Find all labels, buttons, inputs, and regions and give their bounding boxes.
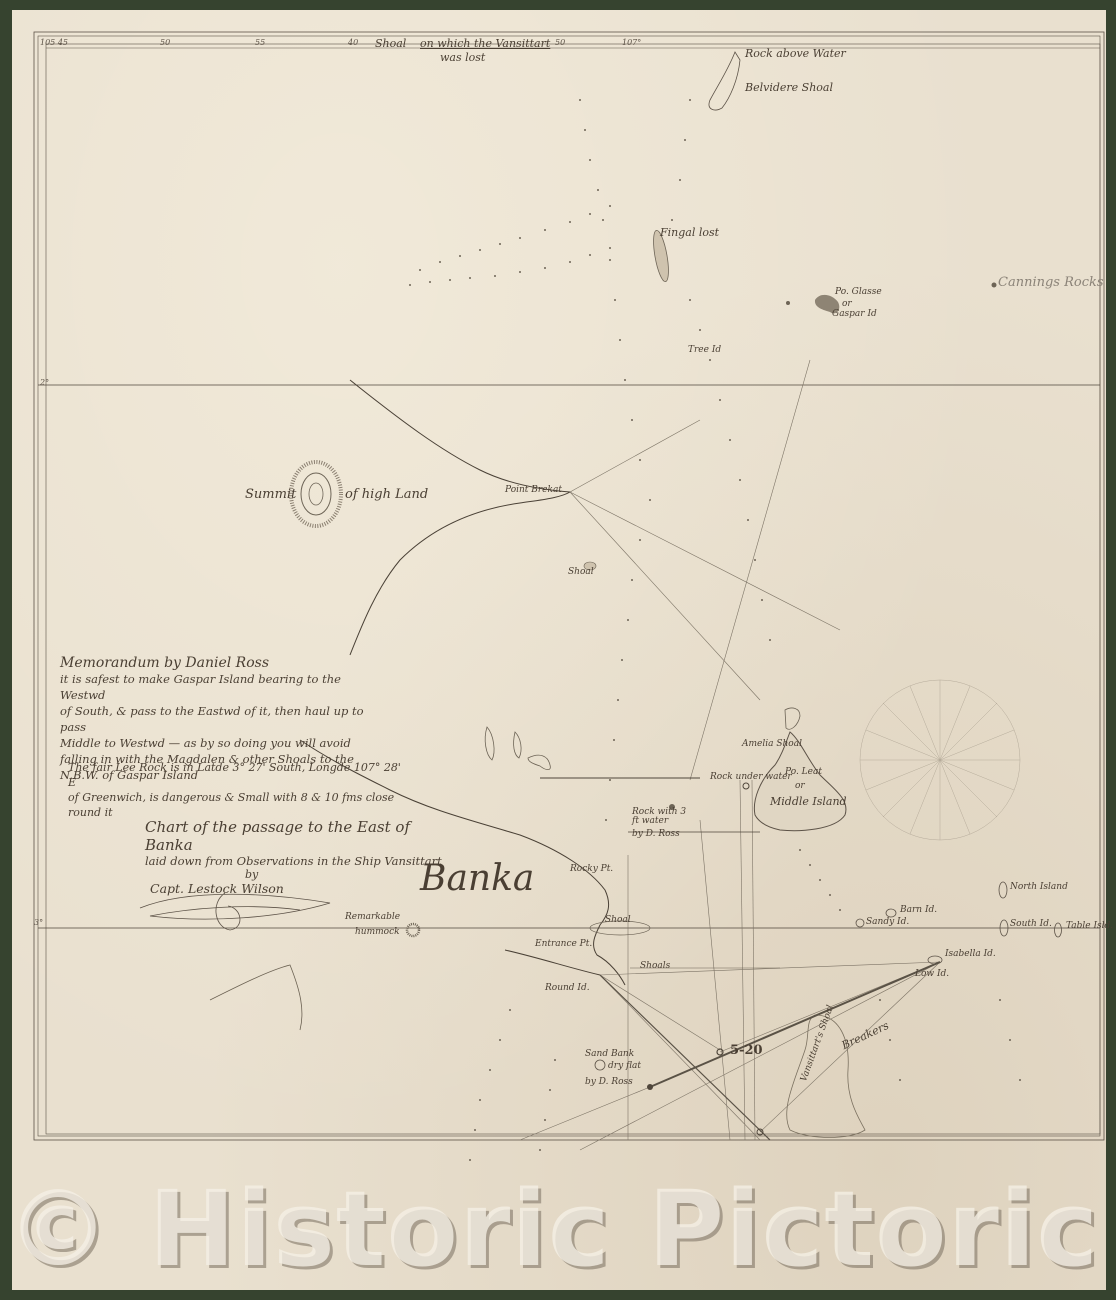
label-summit: Summit [245,488,296,501]
label-gaspar-island: Gaspar Id [832,310,877,319]
scale-tick-top: 55 [255,38,265,47]
label-was-lost: was lost [440,52,485,63]
rock-note-block: The fair Lee Rock is in Latde 3° 27' Sou… [68,760,408,820]
chart-title: Chart of the passage to the East of Bank… [145,818,445,854]
label-or: or [795,782,805,791]
memorandum-line: Middle to Westwd — as by so doing you wi… [60,735,390,751]
label-south-island: South Id. [1010,920,1052,929]
label-rocky-point: Rocky Pt. [570,865,613,874]
banka-south-coast [210,965,302,1030]
rock-note-line: of Greenwich, is dangerous & Small with … [68,790,408,805]
summit-hill [291,462,341,526]
table-island [1055,923,1062,937]
hummock-marker [407,924,419,936]
label-by-d-ross: by D. Ross [585,1078,633,1087]
main-bearing [650,962,940,1087]
chart-title-by: by [145,868,445,881]
rock-under-water-marker [743,783,749,789]
label-point-brekat: Point Brekat [505,486,562,495]
label-rock-under-water: Rock under water [710,773,792,782]
chart-linework [0,0,1116,1300]
middle-island-reef [785,708,800,729]
label-isabella-island: Isabella Id. [945,950,996,959]
label-or: or [842,300,852,309]
scale-tick-top: 107° [622,38,641,47]
memorandum-line: it is safest to make Gaspar Island beari… [60,671,390,703]
scale-tick-left: 3° [34,918,43,927]
label-north-island: North Island [1010,883,1068,892]
label-shoal-mid: Shoal [568,568,594,577]
gaspar-rock [786,301,790,305]
label-rock-3ft: Rock with 3 ft water [632,808,692,826]
label-amelia-shoal: Amelia Shoal [742,740,802,749]
scale-tick-top: 50 [555,38,565,47]
label-shoal-lost: Shoal [375,38,406,49]
label-entrance-point: Entrance Pt. [535,940,592,949]
label-middle-island: Middle Island [770,796,847,807]
scale-tick-left: 2° [40,378,49,387]
label-vansittart-lost: on which the Vansittart [420,38,550,49]
compass-rose [860,680,1020,840]
chart-subtitle: laid down from Observations in the Ship … [145,854,445,868]
soundings-dots [409,99,1021,1161]
islet-1 [485,727,494,760]
label-by-d-ross: by D. Ross [632,830,680,839]
islet-3 [528,755,550,769]
sandy-island [856,919,864,927]
label-round-island: Round Id. [545,984,590,993]
north-island [999,882,1007,898]
rock-note-line: The fair Lee Rock is in Latde 3° 27' Sou… [68,760,408,790]
label-hummock: hummock [355,928,400,937]
islet-2 [514,732,521,758]
label-table-island: Table Isld. [1066,922,1113,931]
memorandum-line: of South, & pass to the Eastwd of it, th… [60,703,390,735]
label-sandy-island: Sandy Id. [866,918,909,927]
chart-title-block: Chart of the passage to the East of Bank… [145,818,445,896]
calligraphic-flourish-icon [130,888,340,938]
label-pulo-leat: Po. Leat [785,768,822,777]
cannings-rock-marker [992,283,997,288]
barn-island [886,909,896,917]
label-belvidere-shoal: Belvidere Shoal [745,82,833,93]
memorandum-heading: Memorandum by Daniel Ross [60,655,390,671]
label-bearing-mark: 5-20 [730,1044,763,1057]
label-fingal-lost: Fingal lost [660,227,719,238]
label-low-island: Low Id. [915,970,949,979]
label-high-land: of high Land [345,488,428,501]
label-rock-above-water: Rock above Water [745,48,846,59]
label-barn-island: Barn Id. [900,906,937,915]
scale-tick-top: 105 45 [40,38,68,47]
label-shoal-south: Shoal [605,916,631,925]
label-remarkable: Remarkable [345,913,400,922]
watermark: © Historic Pictoric [6,1168,1099,1290]
island-name-banka: Banka [420,858,534,899]
scale-tick-top: 50 [160,38,170,47]
sand-bank-marker [595,1060,605,1070]
label-pulo-glasse: Po. Glasse [835,288,882,297]
label-sand-bank: Sand Bank [585,1050,634,1059]
scale-tick-top: 40 [348,38,358,47]
label-dry-flat: dry flat [608,1062,641,1071]
label-shoals: Shoals [640,962,670,971]
belvidere-shoal-outline [709,52,740,110]
station-marker-2 [647,1084,653,1090]
banka-north-coast [350,380,570,655]
label-tree-island: Tree Id [688,346,721,355]
label-cannings-rocks: Cannings Rocks [998,276,1104,289]
